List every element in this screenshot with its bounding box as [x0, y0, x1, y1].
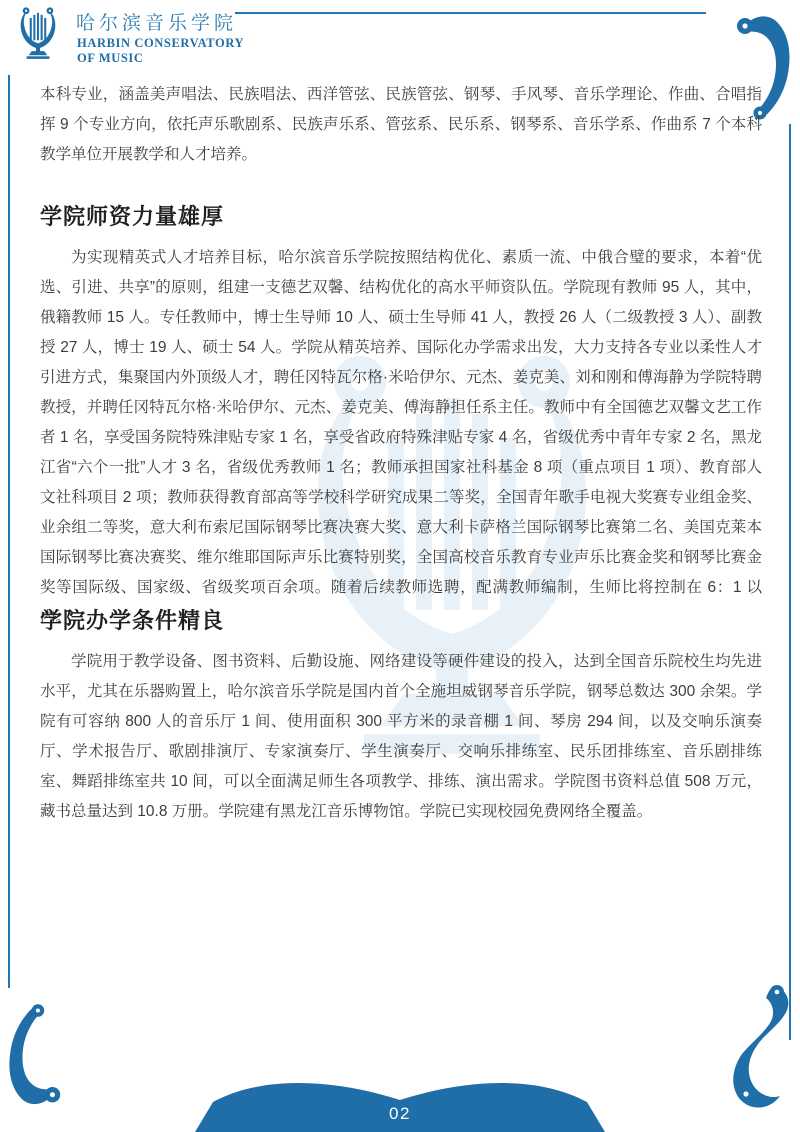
section-heading-faculty: 学院师资力量雄厚 — [40, 200, 224, 231]
header-divider-line — [235, 12, 706, 14]
page-number: 02 — [191, 1104, 609, 1124]
section-heading-facilities: 学院办学条件精良 — [40, 604, 224, 635]
right-border-line — [789, 124, 791, 1040]
violin-s-scroll-icon — [729, 982, 795, 1116]
school-title-chinese: 哈尔滨音乐学院 — [76, 8, 237, 35]
facilities-paragraph: 学院用于教学设备、图书资料、后勤设施、网络建设等硬件建设的投入，达到全国音乐院校… — [40, 647, 762, 827]
intro-paragraph: 本科专业，涵盖美声唱法、民族唱法、西洋管弦、民族管弦、钢琴、手风琴、音乐学理论、… — [40, 80, 762, 170]
footer-book-ornament: 02 — [191, 1070, 609, 1132]
violin-scroll-curl-icon — [6, 1000, 66, 1112]
faculty-paragraph: 为实现精英式人才培养目标，哈尔滨音乐学院按照结构优化、素质一流、中俄合璧的要求，… — [40, 243, 762, 633]
school-title-english-line2: OF MUSIC — [77, 51, 244, 66]
school-title-english: HARBIN CONSERVATORY OF MUSIC — [77, 36, 244, 65]
lyre-icon — [12, 4, 64, 62]
school-title-english-line1: HARBIN CONSERVATORY — [77, 36, 244, 51]
document-page: 哈尔滨音乐学院 HARBIN CONSERVATORY OF MUSIC 本科专… — [0, 0, 800, 1132]
left-border-line — [8, 75, 10, 988]
